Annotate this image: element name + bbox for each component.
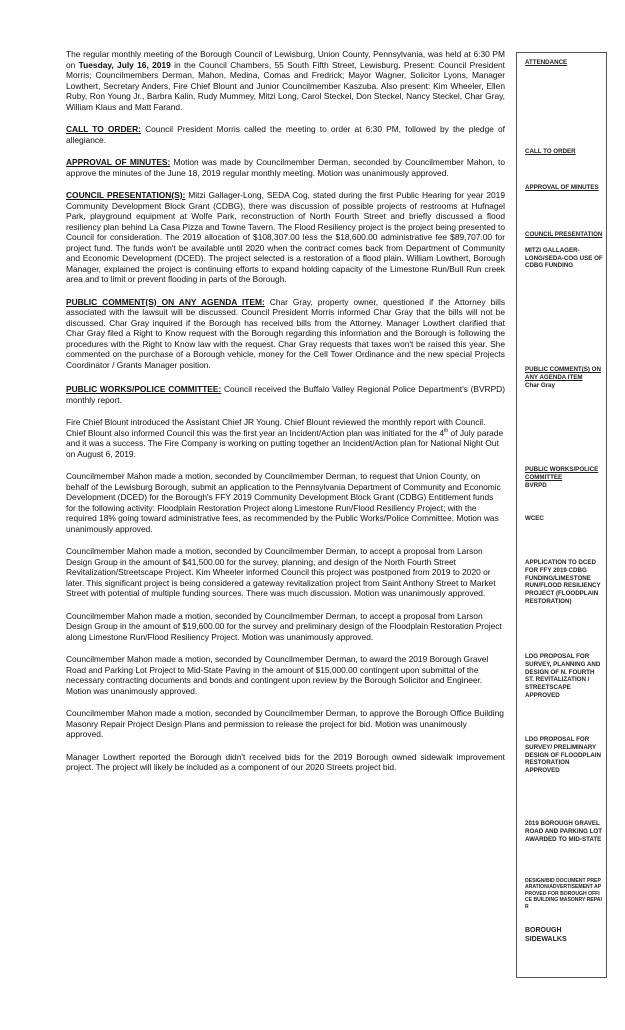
- section-heading: COUNCIL PRESENTATION(S):: [66, 190, 185, 200]
- section-heading: PUBLIC COMMENT(S) ON ANY AGENDA ITEM:: [66, 297, 265, 307]
- fire-report-paragraph: Fire Chief Blount introduced the Assista…: [66, 417, 505, 459]
- council-presentation-paragraph: COUNCIL PRESENTATION(S): Mitzi Gallager-…: [66, 190, 505, 285]
- sidebar-council-presentation: COUNCIL PRESENTATION MITZI GALLAGER-LONG…: [525, 231, 603, 270]
- motion-masonry-paragraph: Councilmember Mahon made a motion, secon…: [66, 708, 505, 740]
- approval-of-minutes-paragraph: APPROVAL OF MINUTES: Motion was made by …: [66, 157, 505, 178]
- attendance-paragraph: The regular monthly meeting of the Borou…: [66, 49, 505, 112]
- margin-sidebar: ATTENDANCE CALL TO ORDER APPROVAL OF MIN…: [516, 52, 607, 978]
- sidebar-call-to-order: CALL TO ORDER: [525, 148, 603, 156]
- sidebar-gravel: 2019 BOROUGH GRAVEL ROAD AND PARKING LOT…: [525, 820, 603, 843]
- motion-ldg-floodplain-paragraph: Councilmember Mahon made a motion, secon…: [66, 611, 505, 643]
- sidebar-sidewalks: BOROUGH SIDEWALKS: [525, 926, 603, 944]
- section-heading: APPROVAL OF MINUTES:: [66, 157, 170, 167]
- sidebar-attendance: ATTENDANCE: [525, 59, 603, 67]
- public-works-paragraph: PUBLIC WORKS/POLICE COMMITTEE: Council r…: [66, 384, 505, 405]
- sidewalks-paragraph: Manager Lowthert reported the Borough di…: [66, 752, 505, 773]
- public-comment-paragraph: PUBLIC COMMENT(S) ON ANY AGENDA ITEM: Ch…: [66, 297, 505, 371]
- motion-gravel-paragraph: Councilmember Mahon made a motion, secon…: [66, 654, 505, 696]
- minutes-body: The regular monthly meeting of the Borou…: [66, 49, 505, 783]
- meeting-date: Tuesday, July 16, 2019: [79, 60, 171, 70]
- sidebar-wcec: WCEC: [525, 515, 603, 523]
- sidebar-public-comment: PUBLIC COMMENT(S) ON ANY AGENDA ITEM Cha…: [525, 366, 603, 389]
- section-heading: CALL TO ORDER:: [66, 124, 141, 134]
- call-to-order-paragraph: CALL TO ORDER: Council President Morris …: [66, 124, 505, 145]
- section-heading: PUBLIC WORKS/POLICE COMMITTEE:: [66, 384, 221, 394]
- sidebar-approval-of-minutes: APPROVAL OF MINUTES: [525, 184, 603, 192]
- sidebar-ldg-fourth: LDG PROPOSAL FOR SURVEY, PLANNING AND DE…: [525, 653, 603, 700]
- sidebar-application-dced: APPLICATION TO DCED FOR FFY 2019 CDBG FU…: [525, 559, 603, 606]
- sidebar-public-works: PUBLIC WORKS/POLICE COMMITTEE BVRPD: [525, 466, 603, 489]
- motion-ldg-fourth-paragraph: Councilmember Mahon made a motion, secon…: [66, 546, 505, 599]
- sidebar-ldg-floodplain: LDG PROPOSAL FOR SURVEY/ PRELIMINARY DES…: [525, 736, 603, 775]
- motion-cdbg-paragraph: Councilmember Mahon made a motion, secon…: [66, 471, 505, 534]
- sidebar-masonry: DESIGN/BID DOCUMENT PREPARATION/ADVERTIS…: [525, 878, 603, 910]
